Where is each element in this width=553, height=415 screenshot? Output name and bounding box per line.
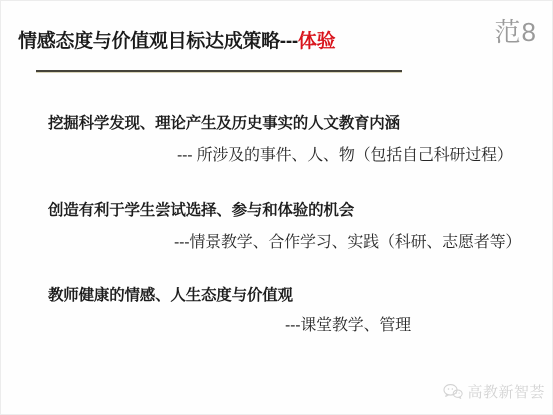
- section-1-heading: 挖掘科学发现、理论产生及历史事实的人文教育内涵: [48, 111, 400, 133]
- section-2-detail: ---情景教学、合作学习、实践（科研、志愿者等）: [174, 229, 521, 252]
- section-1-detail: --- 所涉及的事件、人、物（包括自己科研过程）: [177, 142, 513, 165]
- page-title-main: 情感态度与价值观目标达成策略---: [18, 31, 298, 52]
- watermark: 高教新智荟: [443, 381, 545, 402]
- section-2-heading: 创造有利于学生尝试选择、参与和体验的机会: [48, 198, 354, 220]
- watermark-label: 高教新智荟: [467, 381, 545, 402]
- presentation-slide: 情感态度与价值观目标达成策略---体验 范8 挖掘科学发现、理论产生及历史事实的…: [0, 0, 553, 415]
- title-divider: [36, 70, 402, 73]
- page-title-accent: 体验: [298, 31, 335, 52]
- section-3-detail: ---课堂教学、管理: [285, 312, 411, 335]
- corner-mark: 范8: [495, 12, 537, 49]
- page-title: 情感态度与价值观目标达成策略---体验: [18, 26, 335, 53]
- wechat-icon: [443, 383, 463, 400]
- section-3-heading: 教师健康的情感、人生态度与价值观: [48, 283, 293, 305]
